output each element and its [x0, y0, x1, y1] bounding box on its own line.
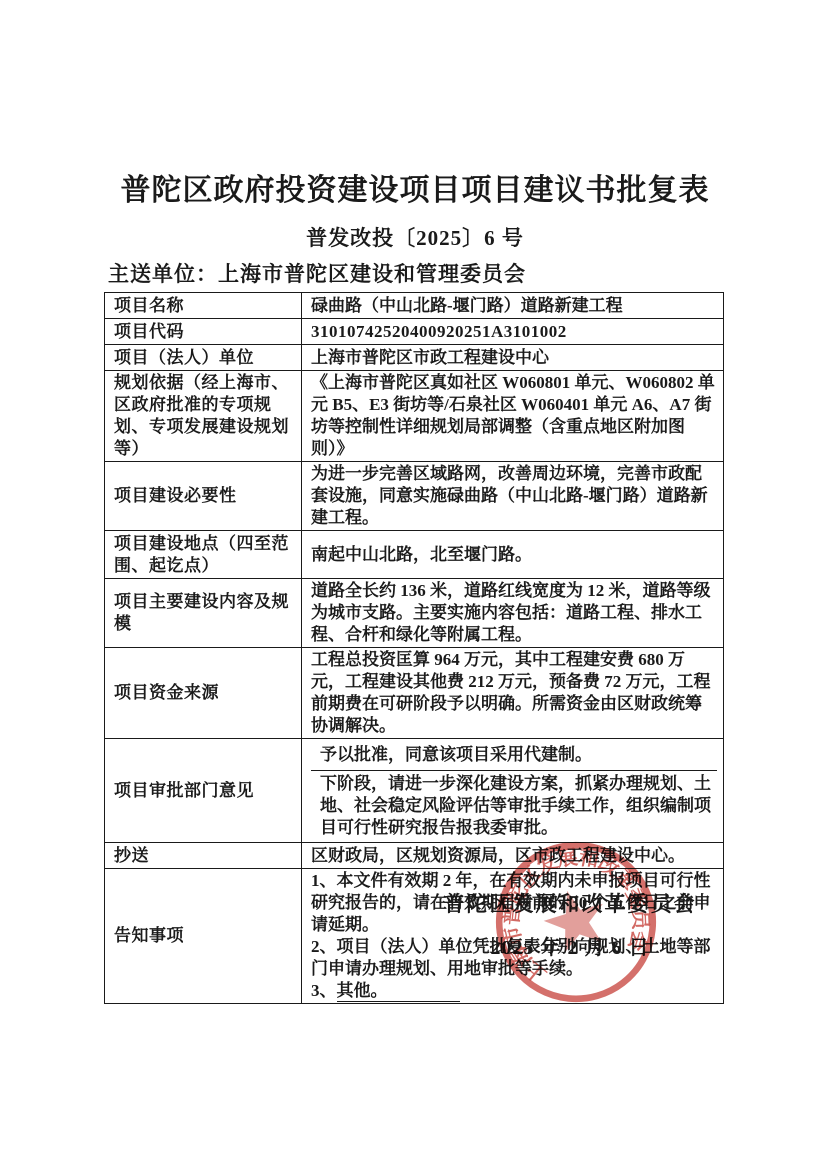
row-location: 项目建设地点（四至范围、起讫点） 南起中山北路，北至堰门路。: [105, 531, 724, 579]
row-value: 工程总投资匡算 964 万元，其中工程建安费 680 万元，工程建设其他费 21…: [302, 648, 724, 739]
row-label: 项目审批部门意见: [105, 739, 302, 843]
document-page: 普陀区政府投资建设项目项目建议书批复表 普发改投〔2025〕6 号 主送单位：上…: [0, 0, 830, 1170]
row-value: 31010742520400920251A3101002: [302, 319, 724, 345]
row-label: 告知事项: [105, 869, 302, 1004]
row-value: 予以批准，同意该项目采用代建制。 下阶段，请进一步深化建设方案，抓紧办理规划、土…: [302, 739, 724, 843]
row-label: 项目主要建设内容及规模: [105, 579, 302, 648]
row-funding: 项目资金来源 工程总投资匡算 964 万元，其中工程建安费 680 万元，工程建…: [105, 648, 724, 739]
recipient-value: 上海市普陀区建设和管理委员会: [218, 262, 526, 286]
opinion-part-2: 下阶段，请进一步深化建设方案，抓紧办理规划、土地、社会稳定风险评估等审批手续工作…: [311, 771, 717, 841]
row-label: 规划依据（经上海市、区政府批准的专项规划、专项发展建设规划等）: [105, 371, 302, 462]
row-value: 区财政局，区规划资源局，区市政工程建设中心。: [302, 843, 724, 869]
notice-3-prefix: 3、: [311, 981, 337, 1000]
row-value: 南起中山北路，北至堰门路。: [302, 531, 724, 579]
issue-date: 2025 年 2 月 6 日: [378, 931, 762, 960]
row-necessity: 项目建设必要性 为进一步完善区域路网，改善周边环境，完善市政配套设施，同意实施碌…: [105, 462, 724, 531]
notice-3-blank-line: [388, 987, 460, 1002]
signature-block: 普陀区发展和改革委员会 2025 年 2 月 6 日: [378, 888, 762, 960]
recipient-line: 主送单位：上海市普陀区建设和管理委员会: [108, 258, 526, 288]
row-value: 碌曲路（中山北路-堰门路）道路新建工程: [302, 293, 724, 319]
row-label: 项目名称: [105, 293, 302, 319]
row-scope: 项目主要建设内容及规模 道路全长约 136 米，道路红线宽度为 12 米，道路等…: [105, 579, 724, 648]
row-label: 项目建设地点（四至范围、起讫点）: [105, 531, 302, 579]
issuer-name: 普陀区发展和改革委员会: [378, 888, 762, 918]
row-label: 抄送: [105, 843, 302, 869]
row-planning-basis: 规划依据（经上海市、区政府批准的专项规划、专项发展建设规划等） 《上海市普陀区真…: [105, 371, 724, 462]
recipient-label: 主送单位：: [108, 262, 218, 286]
page-title: 普陀区政府投资建设项目项目建议书批复表: [0, 165, 830, 209]
row-project-code: 项目代码 31010742520400920251A3101002: [105, 319, 724, 345]
row-label: 项目代码: [105, 319, 302, 345]
row-value: 道路全长约 136 米，道路红线宽度为 12 米，道路等级为城市支路。主要实施内…: [302, 579, 724, 648]
row-value: 上海市普陀区市政工程建设中心: [302, 345, 724, 371]
row-legal-entity: 项目（法人）单位 上海市普陀区市政工程建设中心: [105, 345, 724, 371]
row-approval-opinion: 项目审批部门意见 予以批准，同意该项目采用代建制。 下阶段，请进一步深化建设方案…: [105, 739, 724, 843]
row-value: 《上海市普陀区真如社区 W060801 单元、W060802 单元 B5、E3 …: [302, 371, 724, 462]
row-label: 项目（法人）单位: [105, 345, 302, 371]
opinion-part-1: 予以批准，同意该项目采用代建制。: [311, 740, 717, 771]
row-label: 项目建设必要性: [105, 462, 302, 531]
doc-number: 普发改投〔2025〕6 号: [0, 222, 830, 252]
row-label: 项目资金来源: [105, 648, 302, 739]
notice-3: 3、其他。: [311, 980, 717, 1002]
row-project-name: 项目名称 碌曲路（中山北路-堰门路）道路新建工程: [105, 293, 724, 319]
row-value: 为进一步完善区域路网，改善周边环境，完善市政配套设施，同意实施碌曲路（中山北路-…: [302, 462, 724, 531]
notice-3-underlined: 其他。: [337, 981, 388, 1002]
row-cc: 抄送 区财政局，区规划资源局，区市政工程建设中心。: [105, 843, 724, 869]
